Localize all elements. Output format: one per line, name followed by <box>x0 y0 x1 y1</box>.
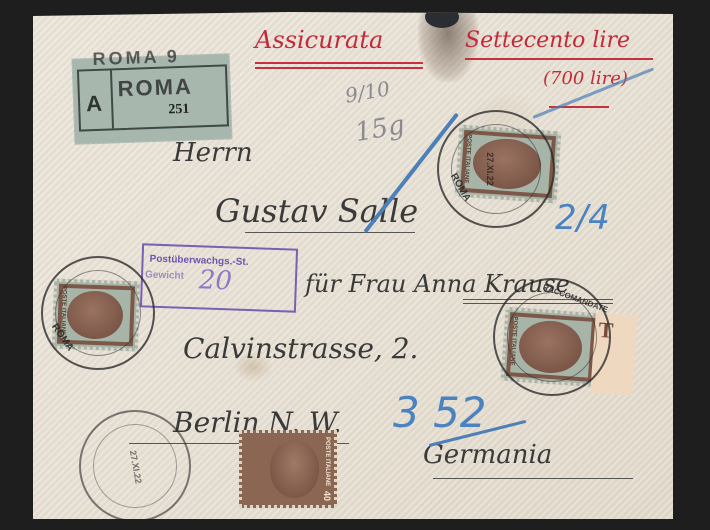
registration-divider <box>110 70 114 128</box>
postmark-date: 27.XI.22 <box>485 152 495 186</box>
registration-label: ROMA 9 A ROMA 251 <box>72 53 233 144</box>
registration-number: 251 <box>168 102 190 119</box>
insured-amount-words: Settecento lire <box>465 28 630 53</box>
customs-line-2: Gewicht <box>145 269 184 281</box>
name-underline <box>245 232 415 233</box>
king-portrait <box>270 440 320 498</box>
envelope: ROMA 9 A ROMA 251 Assicurata Settecento … <box>33 12 673 519</box>
registration-box: A ROMA 251 <box>77 64 229 131</box>
pencil-weight-fraction: 9/10 <box>343 76 391 107</box>
blue-crayon-top-right: 2/4 <box>555 198 610 238</box>
stamp-bottom: POSTE ITALIANE 40 <box>239 430 337 508</box>
insured-underline <box>255 67 423 69</box>
insured-label: Assicurata <box>255 26 383 54</box>
insured-underline <box>255 62 423 64</box>
postmark-right: RACCOMANDATE <box>493 278 611 396</box>
blue-crayon-center: 3 52 <box>393 388 487 437</box>
stamp-value: 40 <box>322 491 332 501</box>
registration-letter: A <box>86 91 103 118</box>
postmark-left: ROMA <box>41 256 155 370</box>
pencil-weight: 15g <box>353 110 407 148</box>
stamp-country-text: POSTE ITALIANE <box>324 437 330 486</box>
customs-handwritten-weight: 20 <box>198 265 232 296</box>
address-street: Calvinstrasse, 2. <box>183 332 418 365</box>
customs-box-stamp: Postüberwachgs.-St. Gewicht 20 <box>140 243 298 312</box>
photo-background: ROMA 9 A ROMA 251 Assicurata Settecento … <box>0 0 710 530</box>
address-salutation: Herrn <box>173 138 253 168</box>
country-underline <box>433 478 633 479</box>
registration-office: ROMA <box>117 74 193 103</box>
postmark-bottom-left: 27.XI.22 <box>79 410 191 519</box>
amount-underline <box>465 58 653 60</box>
address-country: Germania <box>423 440 552 470</box>
postmark-top-right: ROMA 27.XI.22 <box>437 110 555 228</box>
